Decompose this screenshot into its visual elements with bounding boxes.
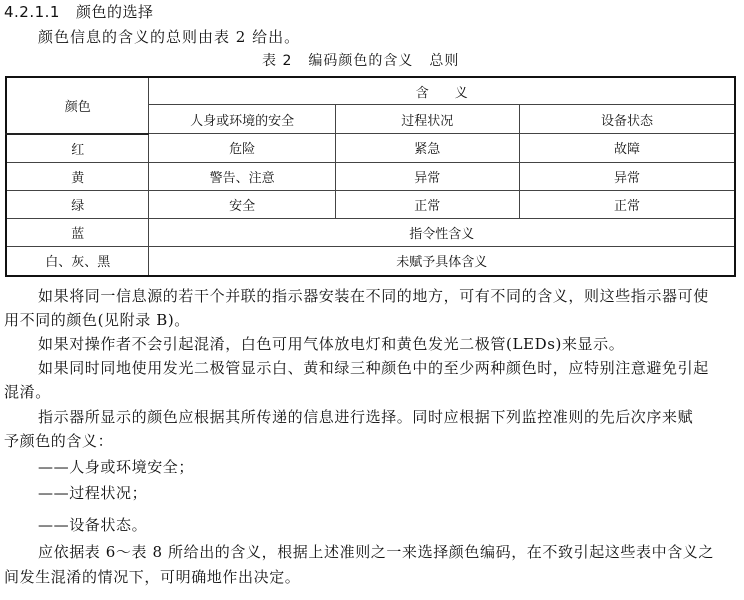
- paragraph-5-line-2: 间发生混淆的情况下，可明确地作出决定。: [4, 566, 300, 588]
- paragraph-1-line-2: 用不同的颜色(见附录 B)。: [4, 309, 190, 331]
- table-row: 蓝 指令性含义: [6, 218, 735, 246]
- section-heading: 4.2.1.1颜色的选择: [4, 1, 154, 22]
- table-row: 红 危险 紧急 故障: [6, 134, 735, 163]
- section-number: 4.2.1.1: [4, 3, 60, 21]
- list-item: ——过程状况；: [38, 482, 147, 504]
- paragraph-3-line-1: 如果同时同地使用发光二极管显示白、黄和绿三种颜色中的至少两种颜色时，应特别注意避…: [38, 357, 709, 379]
- paragraph-3-line-2: 混淆。: [4, 381, 51, 403]
- cell-equipment: 故障: [519, 134, 735, 163]
- header-safety: 人身或环境的安全: [149, 105, 335, 134]
- list-item: ——设备状态。: [38, 514, 147, 536]
- cell-color: 白、灰、黑: [6, 246, 149, 276]
- cell-process: 异常: [335, 162, 519, 190]
- paragraph-5-line-1: 应依据表 6～表 8 所给出的含义，根据上述准则之一来选择颜色编码，在不致引起这…: [38, 541, 714, 563]
- cell-process: 正常: [335, 190, 519, 218]
- header-process: 过程状况: [335, 105, 519, 134]
- cell-color: 黄: [6, 162, 149, 190]
- cell-process: 紧急: [335, 134, 519, 163]
- table-row: 黄 警告、注意 异常 异常: [6, 162, 735, 190]
- table-caption: 表 2编码颜色的含义总则: [262, 50, 459, 70]
- cell-color: 蓝: [6, 218, 149, 246]
- table-caption-label: 表 2: [262, 53, 292, 69]
- header-equipment: 设备状态: [519, 105, 735, 134]
- cell-meaning-merged: 未赋予具体含义: [149, 246, 735, 276]
- cell-color: 红: [6, 134, 149, 163]
- cell-equipment: 正常: [519, 190, 735, 218]
- table-row: 白、灰、黑 未赋予具体含义: [6, 246, 735, 276]
- cell-safety: 危险: [149, 134, 335, 163]
- table-caption-title: 编码颜色的含义: [308, 53, 413, 69]
- cell-safety: 警告、注意: [149, 162, 335, 190]
- paragraph-2: 如果对操作者不会引起混淆，白色可用气体放电灯和黄色发光二极管(LEDs)来显示。: [38, 333, 624, 355]
- list-item: ——人身或环境安全；: [38, 456, 194, 478]
- section-title: 颜色的选择: [76, 3, 154, 21]
- intro-paragraph: 颜色信息的含义的总则由表 2 给出。: [38, 26, 300, 47]
- color-meaning-table: 颜色 含 义 人身或环境的安全 过程状况 设备状态 红 危险 紧急 故障 黄 警…: [5, 76, 736, 277]
- paragraph-1-line-1: 如果将同一信息源的若干个并联的指示器安装在不同的地方，可有不同的含义，则这些指示…: [38, 285, 709, 307]
- cell-meaning-merged: 指令性含义: [149, 218, 735, 246]
- table-caption-suffix: 总则: [429, 53, 459, 69]
- cell-equipment: 异常: [519, 162, 735, 190]
- header-color: 颜色: [6, 77, 149, 134]
- paragraph-4-line-1: 指示器所显示的颜色应根据其所传递的信息进行选择。同时应根据下列监控准则的先后次序…: [38, 406, 693, 428]
- cell-safety: 安全: [149, 190, 335, 218]
- table-row: 绿 安全 正常 正常: [6, 190, 735, 218]
- paragraph-4-line-2: 予颜色的含义：: [4, 430, 113, 452]
- cell-color: 绿: [6, 190, 149, 218]
- header-meaning-group: 含 义: [149, 77, 735, 105]
